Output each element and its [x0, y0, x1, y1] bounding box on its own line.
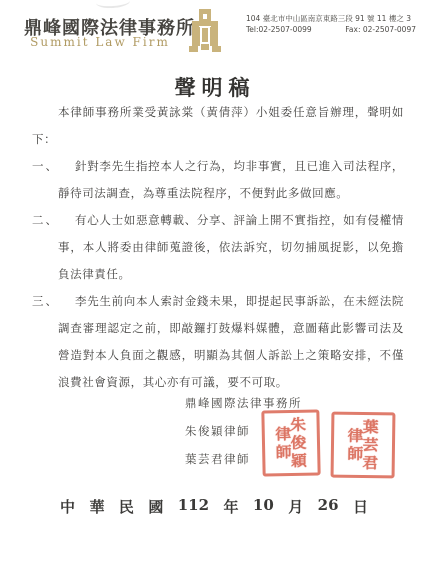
seal-character: 朱 — [290, 416, 306, 434]
seal-character: 師 — [347, 445, 363, 463]
numbered-paragraph: 二、有心人士如惡意轉載、分享、評論上開不實指控，如有侵權情事，本人將委由律師蒐證… — [58, 207, 404, 288]
lawyer-seal-stamp: 葉芸君律師 — [331, 412, 396, 479]
fax-number: Fax: 02-2507-0097 — [345, 24, 416, 35]
numbered-paragraph: 三、李先生前向本人索討金錢未果，即提起民事訴訟，在未經法院調查審理認定之前，即敲… — [58, 288, 404, 396]
roc-date-line: 中華民國112年10月26日 — [60, 496, 368, 517]
seal-column: 朱俊穎 — [290, 416, 306, 470]
lawyer-seal-stamp: 朱俊穎律師 — [261, 409, 320, 476]
contact-block: 104 臺北市中山區南京東路三段 91 號 11 樓之 3 Tel:02-250… — [246, 13, 420, 35]
seal-character: 律 — [348, 427, 364, 445]
intro-paragraph: 本律師事務所業受黃詠棠（黃倩萍）小姐委任意旨辦理，聲明如下： — [32, 99, 404, 153]
paragraph-text: 針對李先生指控本人之行為，均非事實，且已進入司法程序，靜待司法調查，為尊重法院程… — [58, 159, 404, 200]
date-token: 112 — [178, 496, 209, 517]
letterhead: 鼎峰國際法律事務所 Summit Law Firm 104 臺北市中山區南京東路… — [0, 0, 424, 60]
date-token: 10 — [253, 496, 274, 517]
date-token: 日 — [353, 496, 368, 517]
firm-logo-icon — [186, 8, 224, 54]
date-token: 年 — [223, 496, 238, 517]
firm-name-en: Summit Law Firm — [24, 35, 176, 49]
statement-body: 本律師事務所業受黃詠棠（黃倩萍）小姐委任意旨辦理，聲明如下： 一、針對李先生指控… — [32, 99, 404, 396]
document-title: 聲明稿 — [0, 72, 424, 102]
scan-artifact — [96, 0, 131, 9]
paragraph-number: 二、 — [32, 207, 59, 234]
numbered-paragraph: 一、針對李先生指控本人之行為，均非事實，且已進入司法程序，靜待司法調查，為尊重法… — [58, 153, 404, 207]
seal-character: 俊 — [290, 434, 306, 452]
statement-document-page: 鼎峰國際法律事務所 Summit Law Firm 104 臺北市中山區南京東路… — [0, 0, 424, 576]
date-token: 國 — [148, 496, 163, 517]
seal-character: 葉 — [363, 418, 379, 436]
address-line: 104 臺北市中山區南京東路三段 91 號 11 樓之 3 — [246, 13, 420, 24]
date-token: 民 — [119, 496, 134, 517]
paragraph-number: 三、 — [32, 288, 59, 315]
date-token: 26 — [318, 496, 339, 517]
tel-number: Tel:02-2507-0099 — [246, 24, 312, 35]
seal-column: 律師 — [276, 425, 292, 461]
numbered-paragraphs: 一、針對李先生指控本人之行為，均非事實，且已進入司法程序，靜待司法調查，為尊重法… — [32, 153, 404, 396]
seal-character: 師 — [276, 443, 292, 461]
date-token: 中 — [60, 496, 75, 517]
seal-character: 芸 — [362, 436, 378, 454]
seal-column: 律師 — [348, 427, 364, 463]
seal-column: 葉芸君 — [363, 418, 379, 472]
seal-character: 律 — [275, 425, 291, 443]
seal-character: 穎 — [291, 452, 307, 470]
date-token: 華 — [89, 496, 104, 517]
seal-character: 君 — [362, 454, 378, 472]
date-token: 月 — [288, 496, 303, 517]
paragraph-text: 李先生前向本人索討金錢未果，即提起民事訴訟，在未經法院調查審理認定之前，即敲鑼打… — [58, 294, 404, 389]
paragraph-text: 有心人士如惡意轉載、分享、評論上開不實指控，如有侵權情事，本人將委由律師蒐證後，… — [58, 213, 404, 281]
paragraph-number: 一、 — [32, 153, 59, 180]
